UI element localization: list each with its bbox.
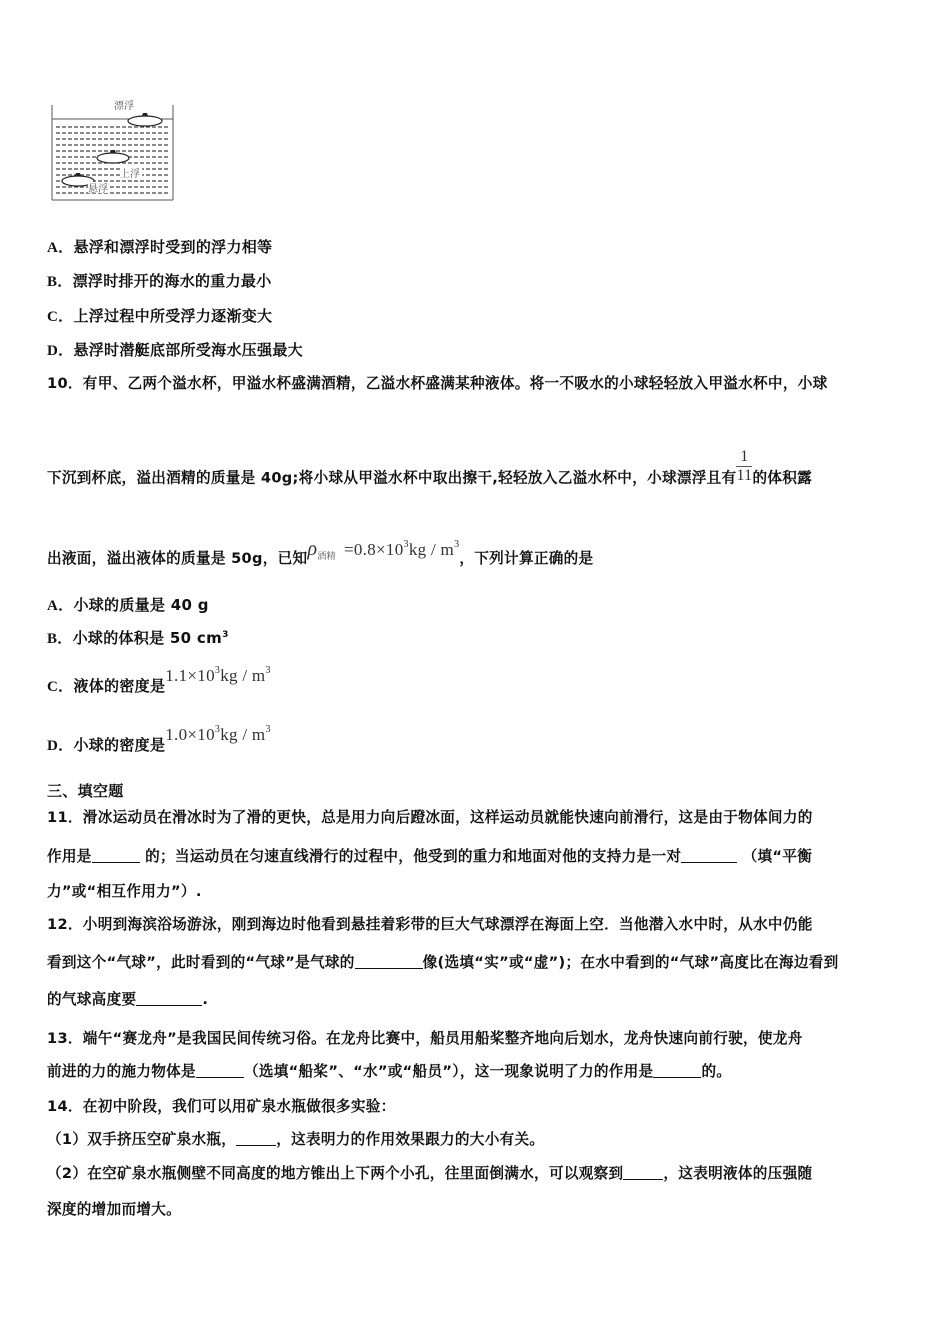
q13-line2: 前进的力的施力物体是（选填“船桨”、“水”或“船员”），这一现象说明了力的作用是… [47,1060,731,1081]
submarine-diagram: 漂浮 上浮 悬浮 [50,97,175,202]
label-suspended: 悬浮 [88,182,108,195]
alcohol-density-formula: ρ酒精=0.8×103kg / m3 [307,540,459,559]
q13-line1: 13．端午“赛龙舟”是我国民间传统习俗。在龙舟比赛中，船员用船桨整齐地向后划水，… [47,1027,803,1048]
q10-line1: 10．有甲、乙两个溢水杯，甲溢水杯盛满酒精，乙溢水杯盛满某种液体。将一不吸水的小… [47,372,828,393]
q13-blank-2[interactable] [653,1063,701,1078]
q14-sub2-cont: 深度的增加而增大。 [47,1198,181,1219]
q12-line1: 12．小明到海滨浴场游泳，刚到海边时他看到悬挂着彩带的巨大气球漂浮在海面上空．当… [47,913,813,934]
label-rising: 上浮 [120,167,140,180]
q12-line2: 看到这个“气球”，此时看到的“气球”是气球的像(选填“实”或“虚”)；在水中看到… [47,951,839,972]
q11-blank-2[interactable] [681,848,737,863]
q14-sub2: （2）在空矿泉水瓶侧壁不同高度的地方锥出上下两个小孔，往里面倒满水，可以观察到，… [47,1162,812,1183]
q13-blank-1[interactable] [196,1063,244,1078]
q9-option-d: D．悬浮时潜艇底部所受海水压强最大 [47,339,303,360]
q9-option-c: C．上浮过程中所受浮力逐渐变大 [47,305,272,326]
q10-line3: 出液面，溢出液体的质量是 50g，已知ρ酒精=0.8×103kg / m3，下列… [47,546,593,570]
section-title-fill-blank: 三、填空题 [47,780,124,801]
q10-option-d: D．小球的密度是1.0×103kg / m3 [47,734,271,755]
q12-blank-2[interactable] [136,991,202,1006]
q9-option-a: A．悬浮和漂浮时受到的浮力相等 [47,236,272,257]
q10-line2: 下沉到杯底，溢出酒精的质量是 40g;将小球从甲溢水杯中取出擦干,轻轻放入乙溢水… [47,460,812,497]
q10-option-b: B．小球的体积是 50 cm3 [47,627,229,648]
q11-line2: 作用是 的；当运动员在匀速直线滑行的过程中，他受到的重力和地面对他的支持力是一对… [47,845,812,866]
q11-blank-1[interactable] [92,848,140,863]
q14-line1: 14．在初中阶段，我们可以用矿泉水瓶做很多实验： [47,1095,396,1116]
q12-blank-1[interactable] [355,954,423,969]
label-floating: 漂浮 [114,99,134,112]
q12-line3: 的气球高度要. [47,988,208,1009]
q10-option-a: A．小球的质量是 40 g [47,594,209,615]
q11-line3: 力”或“相互作用力”）. [47,880,202,901]
q11-line1: 11．滑冰运动员在滑冰时为了滑的更快，总是用力向后蹬冰面，这样运动员就能快速向前… [47,806,813,827]
q14-blank-2[interactable] [623,1165,663,1180]
q14-sub1: （1）双手挤压空矿泉水瓶，，这表明力的作用效果跟力的大小有关。 [47,1128,544,1149]
q10-option-c: C．液体的密度是1.1×103kg / m3 [47,675,271,696]
fraction-one-eleventh: 111 [736,448,752,485]
q14-blank-1[interactable] [236,1131,276,1146]
q9-option-b: B．漂浮时排开的海水的重力最小 [47,270,272,291]
